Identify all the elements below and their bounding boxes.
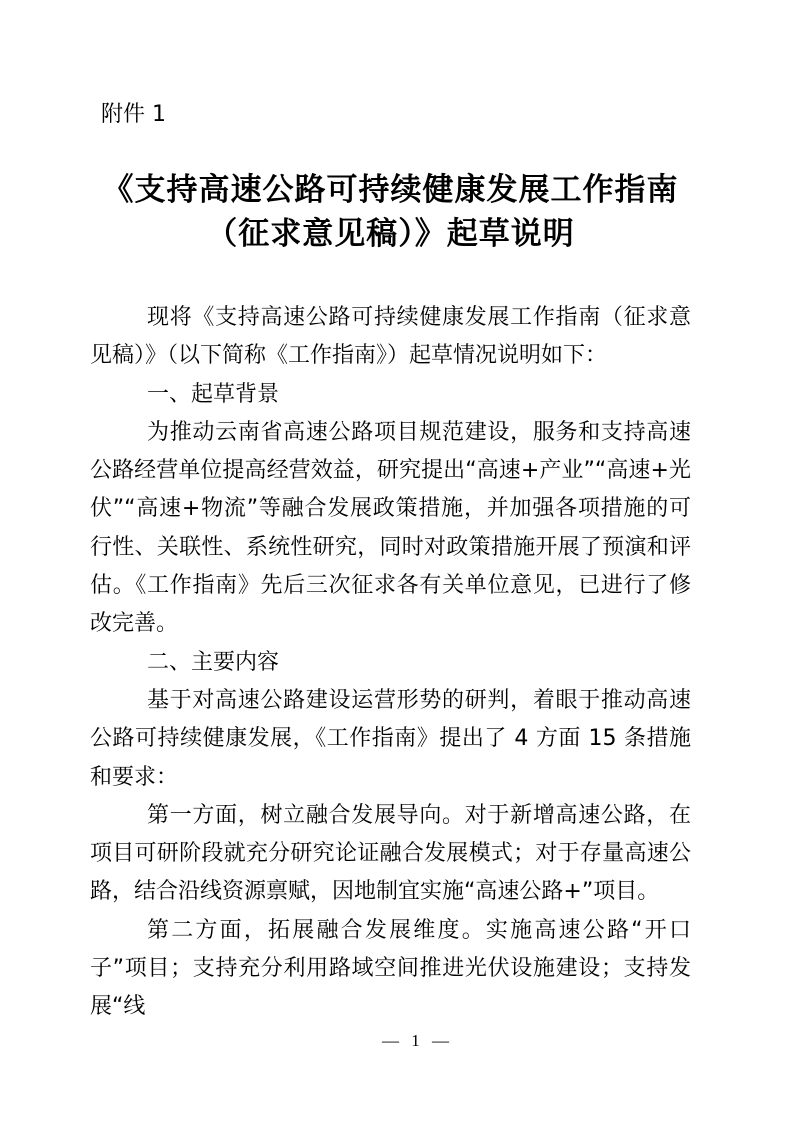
page-number: — 1 — [382,1031,453,1050]
title-line-2: （征求意见稿）》起草说明 [90,212,691,256]
section-heading: 一、起草背景 [90,376,691,414]
attachment-label: 附件 1 [101,100,166,130]
paragraph: 基于对高速公路建设运营形势的研判，着眼于推动高速公路可持续健康发展，《工作指南》… [90,682,691,797]
document-body: 现将《支持高速公路可持续健康发展工作指南（征求意见稿）》（以下简称《工作指南》）… [90,299,691,1027]
document-page: 附件 1 《支持高速公路可持续健康发展工作指南 （征求意见稿）》起草说明 现将《… [0,0,793,1122]
title-line-1: 《支持高速公路可持续健康发展工作指南 [90,168,691,212]
paragraph: 第一方面，树立融合发展导向。对于新增高速公路，在项目可研阶段就充分研究论证融合发… [90,797,691,912]
paragraph: 为推动云南省高速公路项目规范建设，服务和支持高速公路经营单位提高经营效益，研究提… [90,414,691,644]
section-heading: 二、主要内容 [90,644,691,682]
page-footer: — 1 — [0,1031,793,1051]
paragraph: 第二方面，拓展融合发展维度。实施高速公路“开口子”项目；支持充分利用路域空间推进… [90,912,691,1027]
document-title: 《支持高速公路可持续健康发展工作指南 （征求意见稿）》起草说明 [90,168,691,256]
paragraph: 现将《支持高速公路可持续健康发展工作指南（征求意见稿）》（以下简称《工作指南》）… [90,299,691,376]
